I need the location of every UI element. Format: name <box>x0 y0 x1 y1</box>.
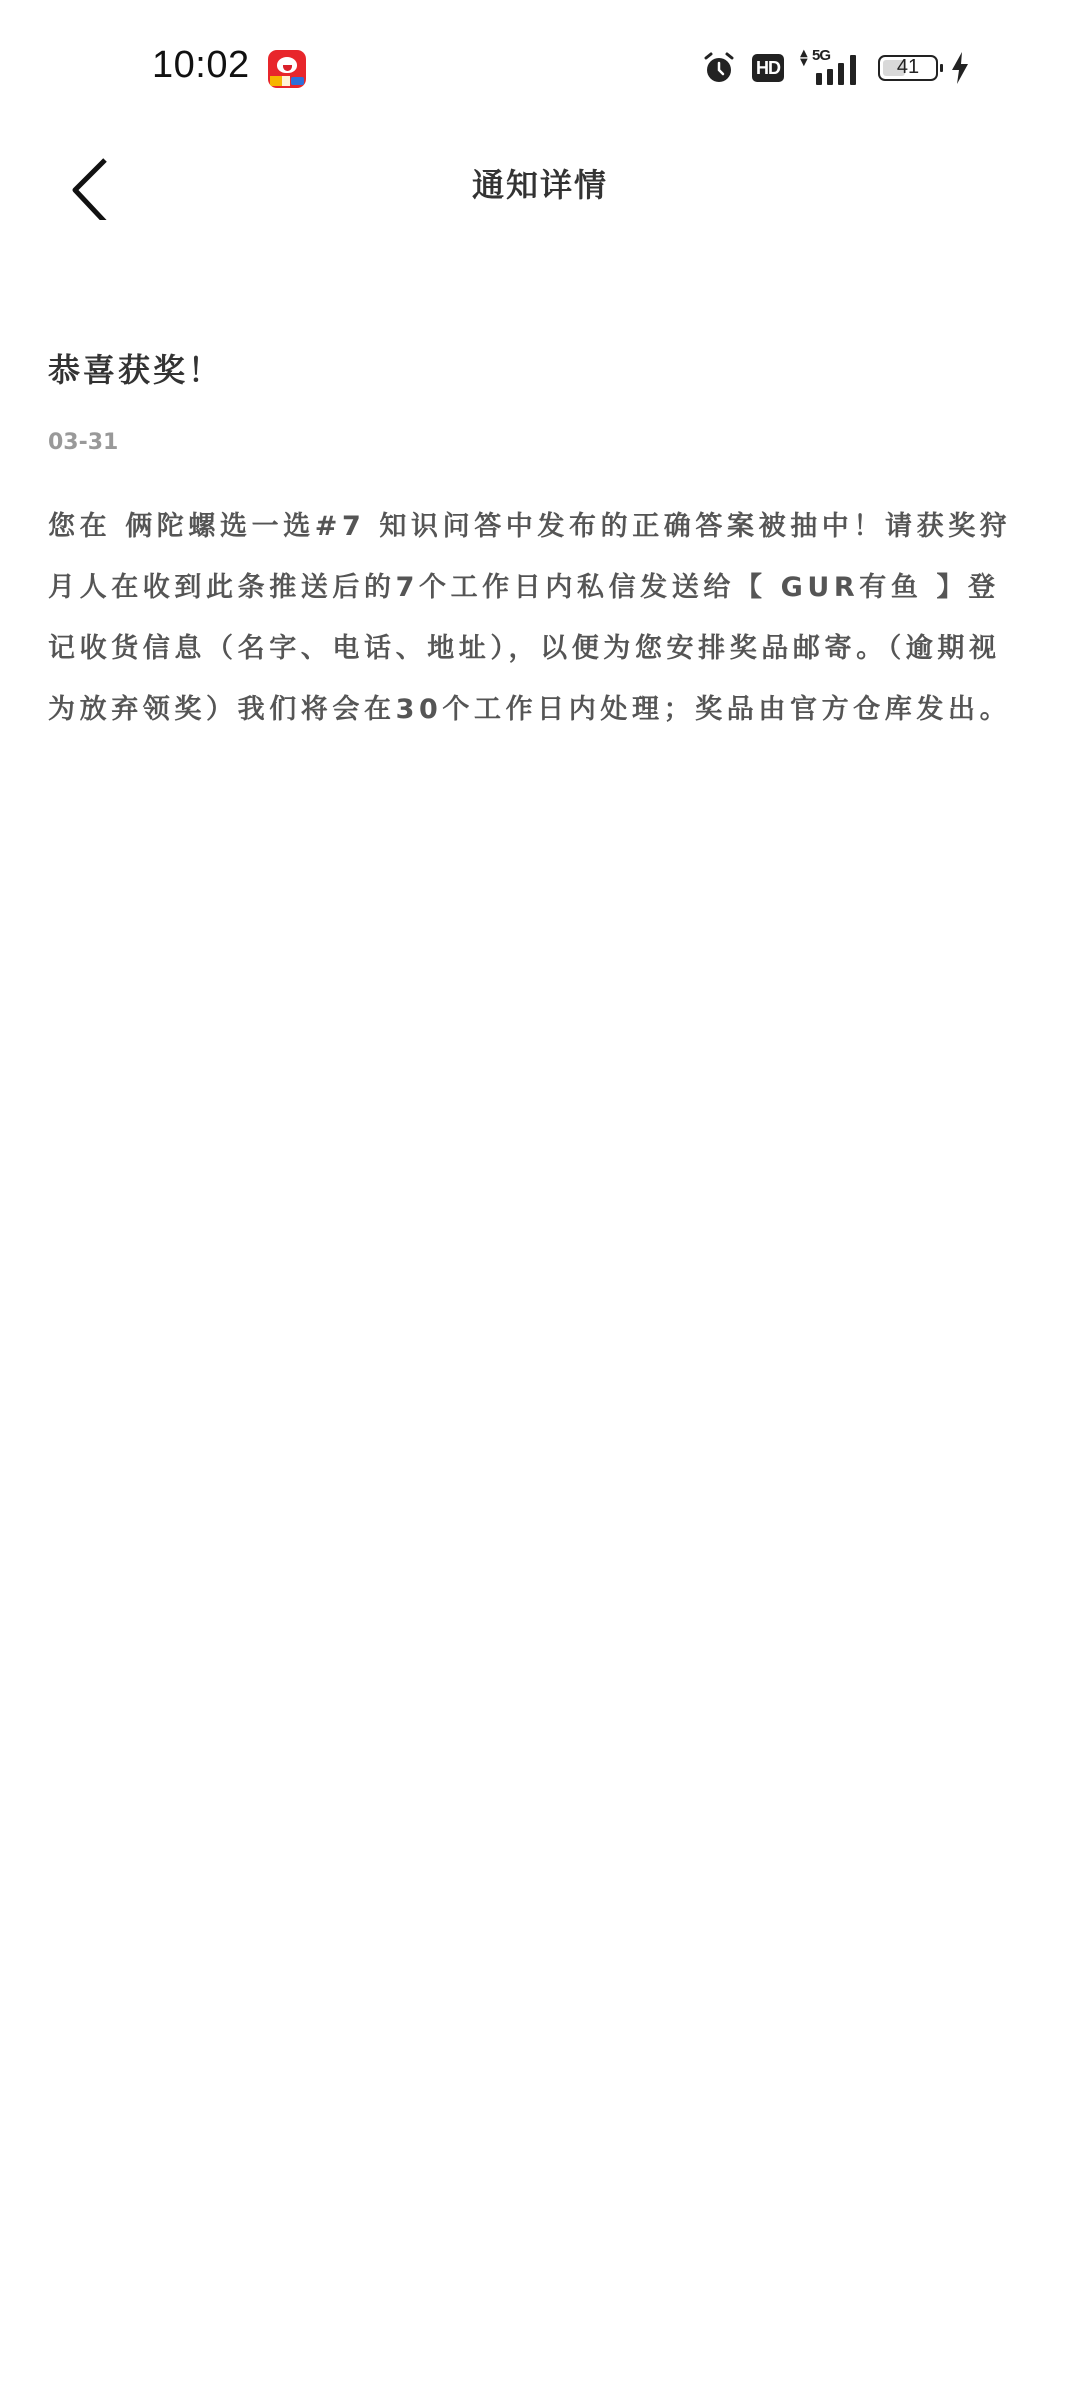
notice-detail: 恭喜获奖！ 03-31 您在 俩陀螺选一选#7 知识问答中发布的正确答案被抽中！… <box>48 345 1018 740</box>
navigation-bar: 通知详情 <box>0 130 1080 240</box>
alarm-icon <box>702 51 736 85</box>
network-type-label: 5G <box>812 47 830 64</box>
status-icons: HD ▲▼ 5G 41 <box>702 48 970 88</box>
jd-app-notification-icon <box>268 50 306 88</box>
battery-icon: 41 <box>878 55 938 81</box>
charging-icon <box>950 52 970 84</box>
notice-body: 您在 俩陀螺选一选#7 知识问答中发布的正确答案被抽中！请获奖狩月人在收到此条推… <box>48 496 1018 740</box>
notice-date: 03-31 <box>48 428 1018 458</box>
status-time: 10:02 <box>152 44 250 87</box>
hd-icon: HD <box>752 54 784 82</box>
notice-heading: 恭喜获奖！ <box>48 345 1018 395</box>
5g-signal-icon: ▲▼ 5G <box>800 51 862 85</box>
status-bar: 10:02 HD ▲▼ 5G 41 <box>0 0 1080 130</box>
data-arrows-icon: ▲▼ <box>800 49 808 67</box>
battery-level: 41 <box>880 57 936 79</box>
page-title: 通知详情 <box>0 160 1080 206</box>
